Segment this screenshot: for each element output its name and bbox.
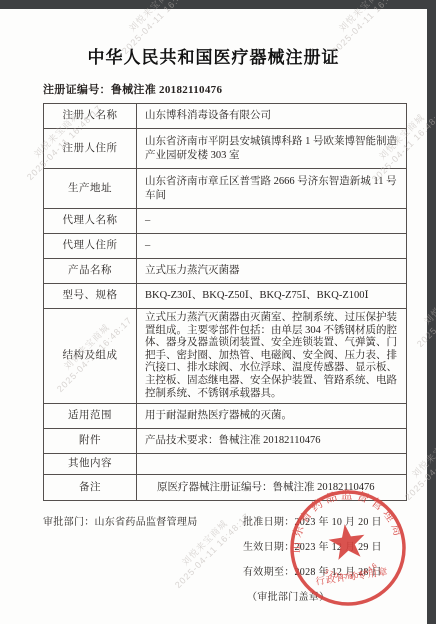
row-label: 代理人名称 [44,209,137,234]
row-value: 山东省济南市平阴县安城镇博科路 1 号欧莱博智能制造产业园研发楼 303 室 [137,129,407,169]
date-block: 批准日期：2023 年 10 月 20 日 生效日期：2023 年 12 月 2… [243,513,382,613]
row-value: BKQ-Z30Ⅰ、BKQ-Z50Ⅰ、BKQ-Z75Ⅰ、BKQ-Z100Ⅰ [137,284,407,309]
approve-date: 批准日期：2023 年 10 月 20 日 [243,513,382,528]
row-label: 注册人名称 [44,104,137,129]
row-label: 备注 [44,475,137,501]
table-row: 适用范围用于耐湿耐热医疗器械的灭菌。 [44,404,407,429]
row-label: 产品名称 [44,259,137,284]
table-row: 备注原医疗器械注册证编号：鲁械注准 20182110476 [44,475,407,501]
table-row: 型号、规格BKQ-Z30Ⅰ、BKQ-Z50Ⅰ、BKQ-Z75Ⅰ、BKQ-Z100… [44,284,407,309]
row-value: – [137,234,407,259]
table-row: 注册人名称山东博科消毒设备有限公司 [44,104,407,129]
certificate-number-value: 鲁械注准 20182110476 [111,84,222,96]
row-value: 产品技术要求：鲁械注准 20182110476 [137,429,407,454]
table-row: 产品名称立式压力蒸汽灭菌器 [44,259,407,284]
row-value: 用于耐湿耐热医疗器械的灭菌。 [137,404,407,429]
row-label: 注册人住所 [44,129,137,169]
table-row: 注册人住所山东省济南市平阴县安城镇博科路 1 号欧莱博智能制造产业园研发楼 30… [44,129,407,169]
row-label: 型号、规格 [44,284,137,309]
row-label: 代理人住所 [44,234,137,259]
certificate-table: 注册人名称山东博科消毒设备有限公司注册人住所山东省济南市平阴县安城镇博科路 1 … [43,103,407,501]
table-row: 其他内容 [44,454,407,475]
table-row: 生产地址山东省济南市章丘区普雪路 2666 号济东智造新城 11 号车间 [44,169,407,209]
row-value: 立式压力蒸汽灭菌器 [137,259,407,284]
row-label: 适用范围 [44,404,137,429]
certificate-number-label: 注册证编号： [43,84,111,96]
row-value: – [137,209,407,234]
certificate-title: 中华人民共和国医疗器械注册证 [0,43,427,68]
certificate-page: 中华人民共和国医疗器械注册证 注册证编号：鲁械注准 20182110476 注册… [0,9,427,624]
table-row: 代理人住所– [44,234,407,259]
row-label: 结构及组成 [44,309,137,404]
row-label: 其他内容 [44,454,137,475]
row-value: 山东博科消毒设备有限公司 [137,104,407,129]
valid-until-date: 有效期至：2028 年 12 月 28 日 [243,563,382,578]
row-label: 生产地址 [44,169,137,209]
table-row: 附件产品技术要求：鲁械注准 20182110476 [44,429,407,454]
table-row: 结构及组成立式压力蒸汽灭菌器由灭菌室、控制系统、过压保护装置组成。主要零部件包括… [44,309,407,404]
seal-note: （审批部门盖章） [243,588,382,603]
row-value: 原医疗器械注册证编号：鲁械注准 20182110476 [137,475,407,501]
certificate-footer: 审批部门：山东省药品监督管理局 批准日期：2023 年 10 月 20 日 生效… [43,513,427,613]
row-label: 附件 [44,429,137,454]
row-value [137,454,407,475]
certificate-number-line: 注册证编号：鲁械注准 20182110476 [43,81,427,97]
table-row: 代理人名称– [44,209,407,234]
row-value: 山东省济南市章丘区普雪路 2666 号济东智造新城 11 号车间 [137,169,407,209]
approval-department: 审批部门：山东省药品监督管理局 [43,513,243,528]
row-value: 立式压力蒸汽灭菌器由灭菌室、控制系统、过压保护装置组成。主要零部件包括：由单层 … [137,309,407,404]
effective-date: 生效日期：2023 年 12 月 29 日 [243,538,382,553]
